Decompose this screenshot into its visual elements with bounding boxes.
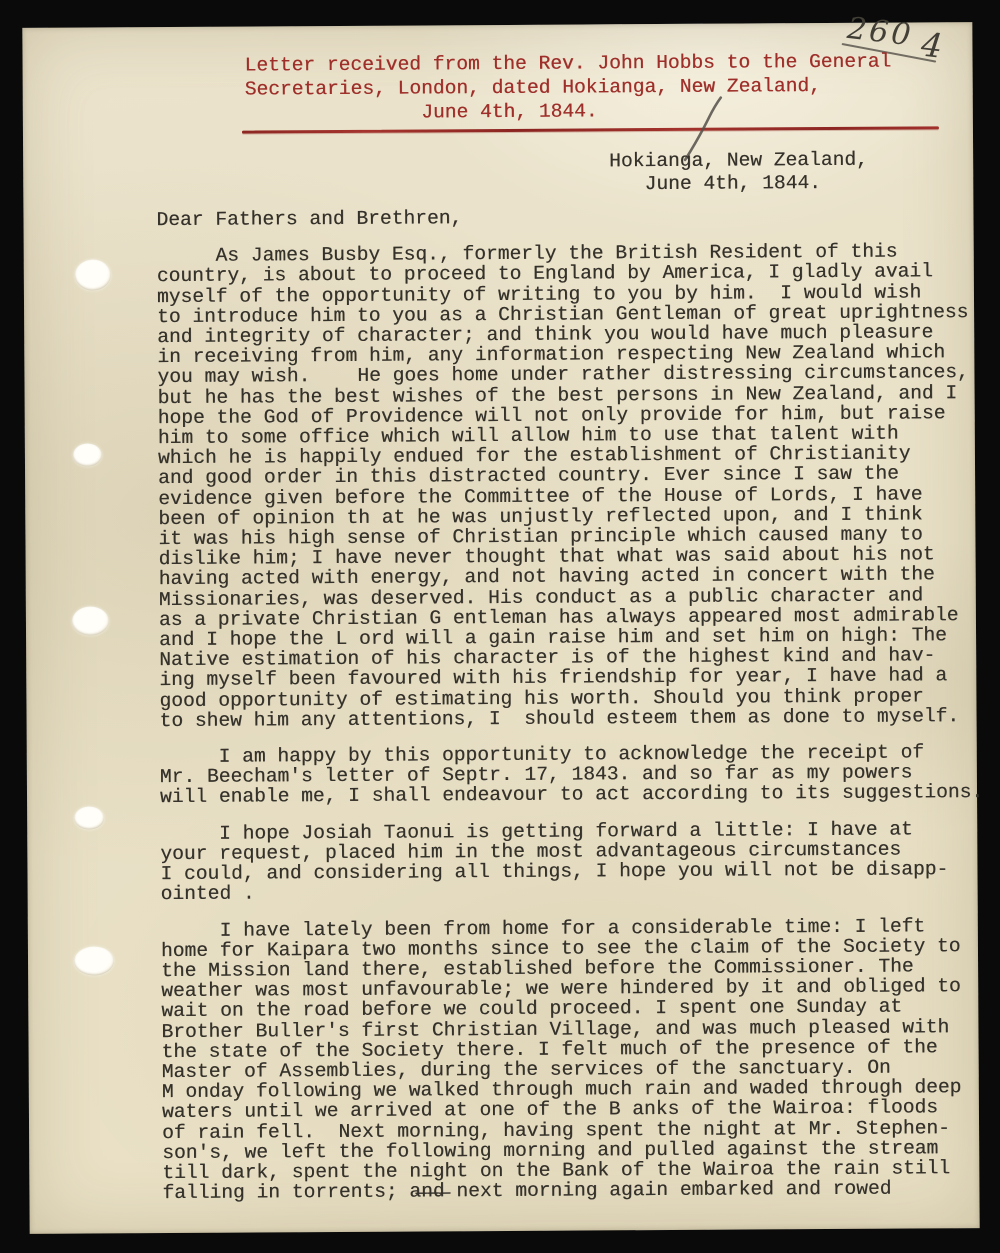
punch-hole-3 <box>72 606 109 635</box>
paragraph-4: I have lately been from home for a consi… <box>161 916 963 1204</box>
paragraph-2: I am happy by this opportunity to acknow… <box>160 742 960 807</box>
heading-underline-rule <box>242 126 939 133</box>
punch-hole-4 <box>74 806 104 829</box>
paragraph-1: As James Busby Esq., formerly the Britis… <box>157 241 960 731</box>
letter-heading-red: Letter received from the Rev. John Hobbs… <box>244 50 891 127</box>
letter-body: Dear Fathers and Brethren, As James Busb… <box>156 205 962 1203</box>
punch-hole-5 <box>74 946 114 975</box>
punch-hole-1 <box>75 259 111 290</box>
letter-dateline: Hokianga, New Zealand, June 4th, 1844. <box>609 149 868 197</box>
letter-paper-sheet: 2604 Letter received from the Rev. John … <box>22 22 979 1234</box>
salutation: Dear Fathers and Brethren, <box>156 205 956 230</box>
scanned-letter-page: 2604 Letter received from the Rev. John … <box>0 0 1000 1253</box>
paragraph-3: I hope Josiah Taonui is getting forward … <box>160 819 960 905</box>
punch-hole-2 <box>73 443 102 466</box>
